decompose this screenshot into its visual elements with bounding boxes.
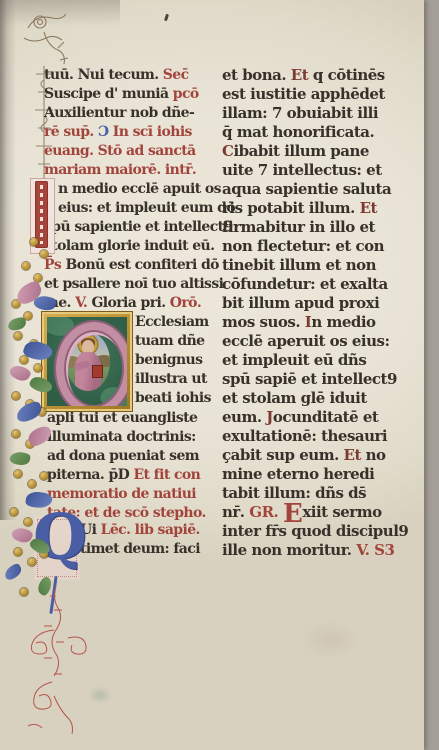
left-column-upper-lines: tuū. Nui tecum. Sec̄Suscipe d' muniā pcō… — [44, 66, 222, 313]
body-text: nr̄. — [222, 503, 249, 521]
initial-o-ground — [47, 317, 127, 406]
blue-paraph: Ɔ — [98, 124, 113, 140]
text-line: tabit illum: dñs ds̄ — [222, 484, 422, 503]
text-line: stolam glorie induit eū. — [44, 237, 222, 256]
body-text: Et — [344, 446, 361, 464]
right-column-lines: et bona. Et q cōtinēsest iustitie apphēd… — [222, 66, 422, 560]
text-line: ris potabit illum. Et — [222, 199, 422, 218]
body-text: non flectetur: et con — [222, 237, 384, 255]
body-text: q cōtinēs — [308, 66, 385, 84]
initial-q: Q — [33, 506, 87, 568]
body-text: firmabitur in illo et — [222, 218, 375, 236]
body-text: ille non moritur. — [222, 541, 356, 559]
body-text: inter fr̄s quod discipul9 — [222, 522, 408, 540]
body-text: eum. — [222, 408, 266, 426]
parchment-stain — [300, 620, 360, 660]
text-line: cōfundetur: et exalta — [222, 275, 422, 294]
body-text: mos suos. — [222, 313, 305, 331]
body-text: spū sapiē et intellect9 — [222, 370, 397, 388]
text-line: apli tui et euangliste — [47, 409, 222, 428]
parchment-page: tuū. Nui tecum. Sec̄Suscipe d' muniā pcō… — [0, 0, 424, 750]
text-line: tuam dñe — [135, 332, 221, 351]
body-text: uite 7 intellectus: et — [222, 161, 382, 179]
rubric-text: euang. Stō ad sanctā — [44, 143, 196, 159]
text-line: mariam maiorē. intr̄. — [44, 161, 222, 180]
text-line: n medio ecclē apuit os — [44, 180, 222, 199]
text-line: Suscipe d' muniā pcō — [44, 85, 222, 104]
body-text: J — [266, 408, 273, 426]
body-text: eius: et impleuit eum dō — [58, 200, 235, 216]
body-text: timet deum: faci — [80, 541, 200, 557]
text-line: Ecclesiam — [135, 313, 221, 332]
rubric-text: V. S3 — [356, 541, 394, 559]
body-text: ecclē aperuit os eius: — [222, 332, 389, 350]
text-line: ad dona pueniat sem — [47, 447, 222, 466]
body-text: Ecclesiam — [135, 314, 209, 330]
historiated-initial-o — [42, 312, 132, 411]
rubric-text: In scī iohis — [113, 124, 192, 140]
text-line: uite 7 intellectus: et — [222, 161, 422, 180]
text-line: Ui Lēc. lib sapiē. — [80, 521, 222, 540]
initial-i — [35, 181, 48, 248]
body-text: mine eterno heredi — [222, 465, 374, 483]
text-line: P̄s Bonū est confiteri dō — [44, 256, 222, 275]
body-text: beati iohis — [135, 390, 211, 406]
text-line: eum. Jocunditatē et — [222, 408, 422, 427]
text-line: non flectetur: et con — [222, 237, 422, 256]
body-text: exultationē: thesauri — [222, 427, 387, 445]
body-text: et impleuit eū dñs — [222, 351, 366, 369]
body-text: Auxilientur nob dñe- — [44, 105, 194, 121]
rubric-text: Sec̄ — [163, 67, 189, 83]
bottom-red-penwork-icon — [8, 586, 98, 742]
text-line: rē sup̄. Ɔ In scī iohis — [44, 123, 222, 142]
gutter-shadow — [0, 0, 16, 520]
text-line: nr̄. GR. Exiit sermo — [222, 503, 422, 522]
body-text: et stolam glē iduit — [222, 389, 367, 407]
body-text: q̄ mat honorificata. — [222, 123, 374, 141]
body-text: no — [361, 446, 386, 464]
rubric-text: mariam maiorē. intr̄. — [44, 162, 196, 178]
body-text: Bonū est confiteri dō — [65, 257, 218, 273]
body-text: aqua sapientie saluta — [222, 180, 391, 198]
text-line: Auxilientur nob dñe- — [44, 104, 222, 123]
text-line: et stolam glē iduit — [222, 389, 422, 408]
left-column-lesson-lines: Ui Lēc. lib sapiē.timet deum: faci — [80, 521, 222, 559]
left-column-lines-beside-initial: Ecclesiamtuam dñebenignusillustra utbeat… — [135, 313, 221, 408]
rubric-text: GR. — [249, 503, 283, 521]
text-line: inter fr̄s quod discipul9 — [222, 522, 422, 541]
body-text: illam: 7 obuiabit illi — [222, 104, 378, 122]
text-line: beati iohis — [135, 389, 221, 408]
body-text: spū sapientie et intellect9 — [44, 219, 233, 235]
body-text: tinebit illum et non — [222, 256, 376, 274]
text-line: spū sapientie et intellect9 — [44, 218, 222, 237]
rubric-text: V. — [75, 295, 91, 311]
text-line: ecclē aperuit os eius: — [222, 332, 422, 351]
body-text: tuū. Nui tecum. — [44, 67, 163, 83]
body-text: bit illum apud proxi — [222, 294, 379, 312]
body-text: ad dona pueniat sem — [47, 448, 199, 464]
body-text: est iustitie apphēdet — [222, 85, 385, 103]
body-text: et bona. — [222, 66, 291, 84]
text-line: timet deum: faci — [80, 540, 222, 559]
rubric-text: Orō. — [170, 295, 201, 311]
text-line: illustra ut — [135, 370, 221, 389]
text-line: illam: 7 obuiabit illi — [222, 104, 422, 123]
body-text: ocunditatē et — [273, 408, 378, 426]
body-text: Et — [360, 199, 377, 217]
text-line: benignus — [135, 351, 221, 370]
rubric-text: rē sup̄. — [44, 124, 98, 140]
body-text: cōfundetur: et exalta — [222, 275, 388, 293]
text-line: et impleuit eū dñs — [222, 351, 422, 370]
text-line: mos suos. In medio — [222, 313, 422, 332]
text-line: piterna. p̄D Et fit con — [47, 466, 222, 485]
initial-o-letterform — [56, 322, 127, 406]
body-text: piterna. p̄D — [47, 467, 133, 483]
body-text: C — [222, 142, 233, 160]
body-text: n medio ecclē apuit os — [58, 181, 221, 197]
body-text: stolam glorie induit eū. — [44, 238, 214, 254]
body-text: et psallere noī tuo altissi — [44, 276, 223, 292]
text-line: eius: et impleuit eum dō — [44, 199, 222, 218]
text-line: ille non moritur. V. S3 — [222, 541, 422, 560]
rubric-text: Et fit con — [133, 467, 200, 483]
body-text: benignus — [135, 352, 202, 368]
rubric-text: P̄s — [44, 257, 65, 273]
text-line: euang. Stō ad sanctā — [44, 142, 222, 161]
body-text: Et — [291, 66, 308, 84]
body-text: xiit sermo — [302, 503, 381, 521]
text-line: q̄ mat honorificata. — [222, 123, 422, 142]
body-text: Suscipe d' muniā — [44, 86, 173, 102]
text-line: çabit sup eum. Et no — [222, 446, 422, 465]
text-line: bit illum apud proxi — [222, 294, 422, 313]
rubric-text: pcō — [173, 86, 199, 102]
body-text: tuam dñe — [135, 333, 204, 349]
body-text: çabit sup eum. — [222, 446, 344, 464]
body-text: illustra ut — [135, 371, 207, 387]
body-text: Gloria pri. — [91, 295, 169, 311]
stray-ink-mark — [164, 14, 169, 22]
text-line: tuū. Nui tecum. Sec̄ — [44, 66, 222, 85]
text-line: spū sapiē et intellect9 — [222, 370, 422, 389]
body-text: ris potabit illum. — [222, 199, 360, 217]
text-line: illuminata doctrinis: — [47, 428, 222, 447]
body-text: n medio — [311, 313, 375, 331]
text-line: firmabitur in illo et — [222, 218, 422, 237]
manuscript-photo: tuū. Nui tecum. Sec̄Suscipe d' muniā pcō… — [0, 0, 439, 750]
body-text: apli tui et euangliste — [47, 410, 197, 426]
rubric-text: Lēc. lib sapiē. — [101, 522, 200, 538]
text-line: aqua sapientie saluta — [222, 180, 422, 199]
text-line: me. V. Gloria pri. Orō. — [44, 294, 222, 313]
text-line: et psallere noī tuo altissi — [44, 275, 222, 294]
text-line: Cibabit illum pane — [222, 142, 422, 161]
body-text: ibabit illum pane — [233, 142, 369, 160]
text-line: est iustitie apphēdet — [222, 85, 422, 104]
body-text: illuminata doctrinis: — [47, 429, 196, 445]
text-line: et bona. Et q cōtinēs — [222, 66, 422, 85]
text-line: exultationē: thesauri — [222, 427, 422, 446]
text-line: mine eterno heredi — [222, 465, 422, 484]
text-line: tinebit illum et non — [222, 256, 422, 275]
